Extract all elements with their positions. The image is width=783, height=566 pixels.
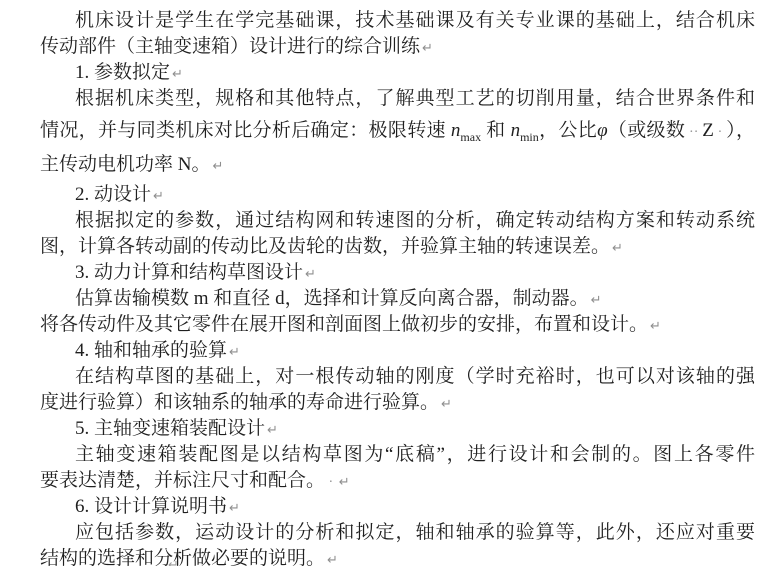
text-run: φ	[597, 120, 608, 141]
text-run: 根据拟定的参数，通过结构网和转速图的分析，确定转动结构方案和转动系统	[75, 210, 755, 231]
paragraph-mark-icon: ↵	[213, 159, 224, 174]
paragraph-mark-icon: ↵	[172, 67, 183, 82]
paragraph-mark-icon: ↵	[267, 423, 278, 438]
space-mark: ··	[685, 125, 702, 140]
text-run: 要表达清楚，并标注尺寸和配合。	[40, 470, 325, 491]
text-run: 情况，并与同类机床对比分析后确定：极限转速	[40, 120, 451, 141]
paragraph-mark-icon: ↵	[441, 397, 452, 412]
text-run: 2. 动设计	[75, 184, 151, 205]
text-run: d	[275, 288, 285, 309]
text-line: 要表达清楚，并标注尺寸和配合。 · ↵	[40, 468, 755, 494]
text-run: 主传动电机功率	[40, 154, 178, 175]
paragraph-mark-icon: ↵	[591, 293, 602, 308]
paragraph-mark-icon: ↵	[339, 475, 350, 490]
text-run: 1. 参数拟定	[75, 62, 170, 83]
paragraph-mark-icon: ↵	[612, 241, 623, 256]
text-line: 图，计算各转动副的传动比及齿轮的齿数，并验算主轴的转速误差。↵	[40, 234, 755, 260]
next-line-stub: ↵	[168, 558, 179, 566]
text-line: 主传动电机功率 N。↵	[40, 152, 755, 178]
text-run: 3. 动力计算和结构草图设计	[75, 262, 303, 283]
text-line: 估算齿输模数 m 和直径 d，选择和计算反向离合器，制动器。↵	[40, 286, 755, 312]
paragraph-mark-icon: ↵	[229, 345, 240, 360]
paragraph-mark-icon: ↵	[650, 319, 661, 334]
space-mark: ·	[714, 125, 726, 140]
text-run: 传动部件（主轴变速箱）设计进行的综合训练	[40, 36, 420, 57]
text-run: N	[178, 154, 192, 175]
paragraph-mark-icon: ↵	[422, 41, 433, 56]
text-run: 应包括参数，运动设计的分析和拟定，轴和轴承的验算等，此外，还应对重要	[75, 522, 755, 543]
text-line: 将各传动件及其它零件在展开图和剖面图上做初步的安排，布置和设计。↵	[40, 312, 755, 338]
text-run: ），	[726, 120, 755, 141]
text-line: 3. 动力计算和结构草图设计↵	[40, 260, 755, 286]
document-page: 机床设计是学生在学完基础课，技术基础课及有关专业课的基础上，结合机床传动部件（主…	[0, 0, 783, 566]
text-line: 结构的选择和分析做必要的说明。↵	[40, 546, 755, 566]
text-run: 结构的选择和分析做必要的说明。	[40, 548, 325, 566]
text-run: 机床设计是学生在学完基础课，技术基础课及有关专业课的基础上，结合机床	[75, 10, 755, 31]
text-run: 5. 主轴变速箱装配设计	[75, 418, 265, 439]
text-run: 4. 轴和轴承的验算	[75, 340, 227, 361]
text-line: 2. 动设计↵	[40, 182, 755, 208]
text-line: 1. 参数拟定↵	[40, 60, 755, 86]
text-run: 主轴变速箱装配图是以结构草图为“底稿”，进行设计和会制的。图上各零件	[75, 444, 755, 465]
text-line: 情况，并与同类机床对比分析后确定：极限转速 nmax 和 nmin，公比φ（或级…	[40, 118, 755, 144]
text-line: 度进行验算）和该轴系的轴承的寿命进行验算。↵	[40, 390, 755, 416]
paragraph-mark-icon: ↵	[153, 189, 164, 204]
text-run: 6. 设计计算说明书	[75, 496, 227, 517]
text-run: 将各传动件及其它零件在展开图和剖面图上做初步的安排，布置和设计。	[40, 314, 648, 335]
text-run: min	[520, 130, 539, 144]
text-run: Z	[702, 120, 714, 141]
text-run: 。	[192, 154, 211, 175]
paragraph-mark-icon: ↵	[305, 267, 316, 282]
text-run: m	[194, 288, 209, 309]
text-run: 图，计算各转动副的传动比及齿轮的齿数，并验算主轴的转速误差。	[40, 236, 610, 257]
text-run: ，公比	[539, 120, 597, 141]
text-line: 机床设计是学生在学完基础课，技术基础课及有关专业课的基础上，结合机床	[40, 8, 755, 34]
text-line: 根据机床类型，规格和其他特点，了解典型工艺的切削用量，结合世界条件和	[40, 86, 755, 112]
text-run: max	[460, 130, 481, 144]
text-line: 6. 设计计算说明书↵	[40, 494, 755, 520]
text-run: 根据机床类型，规格和其他特点，了解典型工艺的切削用量，结合世界条件和	[75, 88, 755, 109]
document-text: 机床设计是学生在学完基础课，技术基础课及有关专业课的基础上，结合机床传动部件（主…	[0, 0, 783, 566]
text-line: 5. 主轴变速箱装配设计↵	[40, 416, 755, 442]
text-run: 估算齿输模数	[75, 288, 194, 309]
space-mark: ·	[325, 475, 337, 490]
text-line: 4. 轴和轴承的验算↵	[40, 338, 755, 364]
text-run: 度进行验算）和该轴系的轴承的寿命进行验算。	[40, 392, 439, 413]
text-run: n	[451, 120, 461, 141]
paragraph-mark-icon: ↵	[327, 553, 338, 566]
text-run: 和直径	[209, 288, 276, 309]
text-line: 传动部件（主轴变速箱）设计进行的综合训练↵	[40, 34, 755, 60]
text-line: 在结构草图的基础上，对一根传动轴的刚度（学时充裕时，也可以对该轴的强	[40, 364, 755, 390]
text-line: 根据拟定的参数，通过结构网和转速图的分析，确定转动结构方案和转动系统	[40, 208, 755, 234]
paragraph-mark-icon: ↵	[229, 501, 240, 516]
text-line: 主轴变速箱装配图是以结构草图为“底稿”，进行设计和会制的。图上各零件	[40, 442, 755, 468]
text-line: 应包括参数，运动设计的分析和拟定，轴和轴承的验算等，此外，还应对重要	[40, 520, 755, 546]
text-run: （或级数	[608, 120, 686, 141]
text-run: 在结构草图的基础上，对一根传动轴的刚度（学时充裕时，也可以对该轴的强	[75, 366, 755, 387]
text-run: n	[511, 120, 521, 141]
text-run: 和	[481, 120, 510, 141]
text-run: ，选择和计算反向离合器，制动器。	[285, 288, 589, 309]
